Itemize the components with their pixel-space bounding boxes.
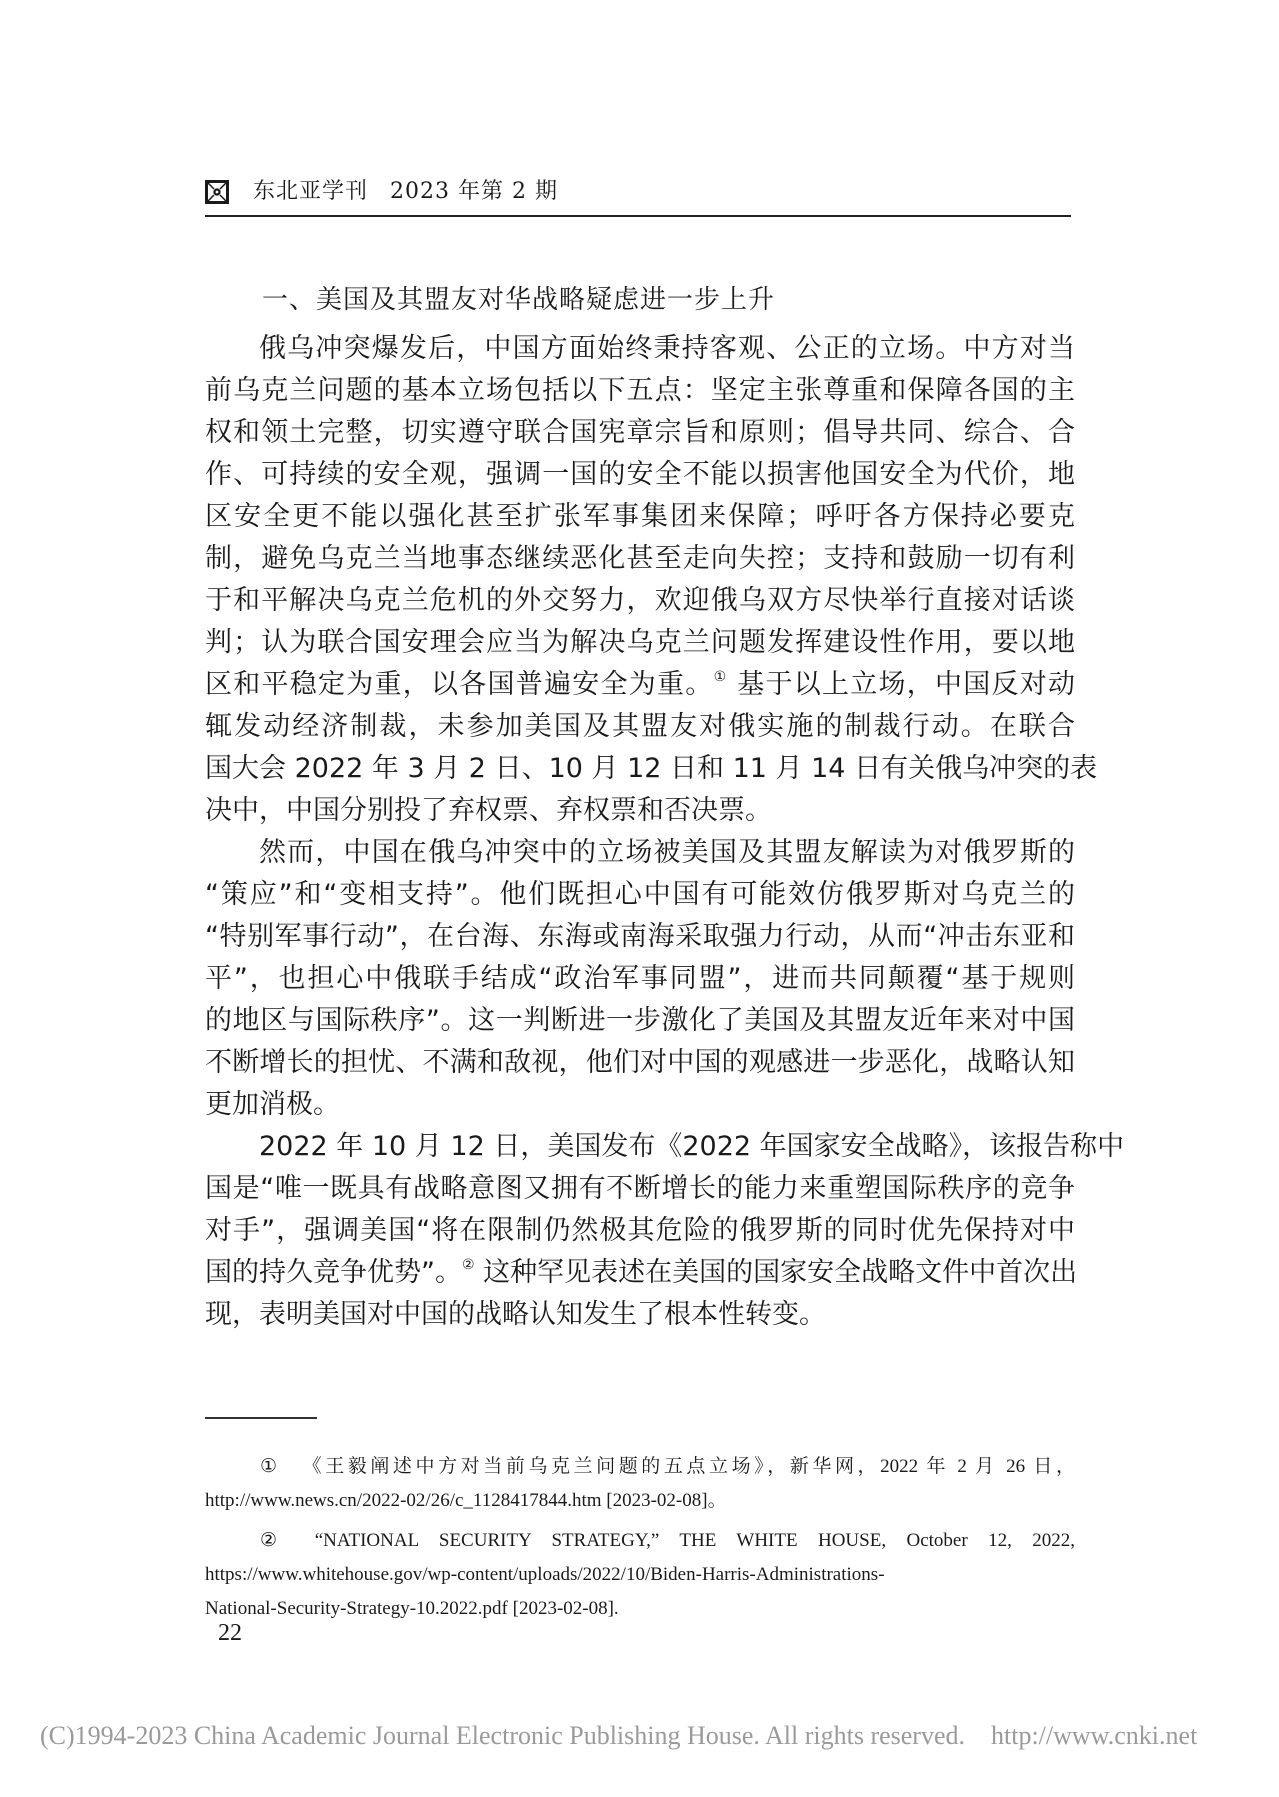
footnote-link[interactable]: National-Security-Strategy-10.2022.pdf [… [205,1592,1075,1626]
text-line: 决中，中国分别投了弃权票、弃权票和否决票。 [205,790,1075,832]
text-segment: 基于以上立场，中国反对动 [727,669,1075,700]
journal-page: 东北亚学刊2023 年第 2 期 一、美国及其盟友对华战略疑虑进一步上升 俄乌冲… [0,0,1279,1797]
text-line: 然而，中国在俄乌冲突中的立场被美国及其盟友解读为对俄罗斯的 [205,832,1075,874]
footnote-link[interactable]: http://www.news.cn/2022-02/26/c_11284178… [205,1484,1075,1518]
text-line: 于和平解决乌克兰危机的外交努力，欢迎俄乌双方尽快举行直接对话谈 [205,580,1075,622]
footnote-ref-2[interactable]: ② [462,1257,475,1273]
text-line: 2022 年 10 月 12 日，美国发布《2022 年国家安全战略》，该报告称… [205,1126,1075,1168]
text-line: 判；认为联合国安理会应当为解决乌克兰问题发挥建设性作用，要以地 [205,622,1075,664]
text-line: 辄发动经济制裁，未参加美国及其盟友对俄实施的制裁行动。在联合 [205,706,1075,748]
footnote-marker: ② [260,1530,293,1551]
journal-issue: 2023 年第 2 期 [390,179,558,204]
text-line: 前乌克兰问题的基本立场包括以下五点：坚定主张尊重和保障各国的主 [205,370,1075,412]
cnki-link[interactable]: http://www.cnki.net [991,1721,1197,1750]
journal-title: 东北亚学刊2023 年第 2 期 [253,176,558,208]
text-line: 区安全更不能以强化甚至扩张军事集团来保障；呼吁各方保持必要克 [205,496,1075,538]
text-line: 作、可持续的安全观，强调一国的安全不能以损害他国安全为代价，地 [205,454,1075,496]
text-line: 俄乌冲突爆发后，中国方面始终秉持客观、公正的立场。中方对当 [205,328,1075,370]
text-line: 不断增长的担忧、不满和敌视，他们对中国的观感进一步恶化，战略认知 [205,1042,1075,1084]
text-line: 现，表明美国对中国的战略认知发生了根本性转变。 [205,1294,1075,1336]
text-segment: 这种罕见表述在美国的国家安全战略文件中首次出 [475,1257,1078,1288]
body-text: 俄乌冲突爆发后，中国方面始终秉持客观、公正的立场。中方对当 前乌克兰问题的基本立… [205,328,1075,1336]
text-line: 权和领土完整，切实遵守联合国宪章宗旨和原则；倡导共同、综合、合 [205,412,1075,454]
text-line: 区和平稳定为重，以各国普遍安全为重。① 基于以上立场，中国反对动 [205,664,1075,706]
footnote-marker: ① [260,1456,281,1477]
copyright-watermark: (C)1994-2023 China Academic Journal Elec… [40,1718,1270,1754]
footnote-line: ②“NATIONAL SECURITY STRATEGY,” THE WHITE… [205,1524,1075,1558]
running-header: 东北亚学刊2023 年第 2 期 [205,176,1075,216]
journal-name: 东北亚学刊 [253,179,368,204]
footnote-divider [205,1417,317,1419]
text-line: 国大会 2022 年 3 月 2 日、10 月 12 日和 11 月 14 日有… [205,748,1075,790]
text-line: 国是“唯一既具有战略意图又拥有不断增长的能力来重塑国际秩序的竞争 [205,1168,1075,1210]
paragraph: 2022 年 10 月 12 日，美国发布《2022 年国家安全战略》，该报告称… [205,1126,1075,1336]
text-line: 国的持久竞争优势”。② 这种罕见表述在美国的国家安全战略文件中首次出 [205,1252,1075,1294]
text-line: 制，避免乌克兰当地事态继续恶化甚至走向失控；支持和鼓励一切有利 [205,538,1075,580]
footnote-link[interactable]: https://www.whitehouse.gov/wp-content/up… [205,1558,1075,1592]
footnote-2: ②“NATIONAL SECURITY STRATEGY,” THE WHITE… [205,1524,1075,1626]
section-heading: 一、美国及其盟友对华战略疑虑进一步上升 [262,280,775,320]
footnote-1: ①《王毅阐述中方对当前乌克兰问题的五点立场》，新华网，2022 年 2 月 26… [205,1450,1075,1518]
header-divider [205,215,1071,217]
text-segment: 国的持久竞争优势”。 [205,1257,462,1288]
journal-emblem-icon [205,180,229,204]
text-line: “策应”和“变相支持”。他们既担心中国有可能效仿俄罗斯对乌克兰的 [205,874,1075,916]
copyright-text: (C)1994-2023 China Academic Journal Elec… [40,1721,965,1750]
footnote-text: “NATIONAL SECURITY STRATEGY,” THE WHITE … [315,1530,1075,1551]
text-line: 对手”，强调美国“将在限制仍然极其危险的俄罗斯的同时优先保持对中 [205,1210,1075,1252]
text-line: 的地区与国际秩序”。这一判断进一步激化了美国及其盟友近年来对中国 [205,1000,1075,1042]
footnote-line: ①《王毅阐述中方对当前乌克兰问题的五点立场》，新华网，2022 年 2 月 26… [205,1450,1075,1484]
text-line: “特别军事行动”，在台海、东海或南海采取强力行动，从而“冲击东亚和 [205,916,1075,958]
footnote-ref-1[interactable]: ① [714,669,728,685]
footnotes: ①《王毅阐述中方对当前乌克兰问题的五点立场》，新华网，2022 年 2 月 26… [205,1450,1075,1626]
page-number: 22 [218,1618,242,1648]
text-line: 更加消极。 [205,1084,1075,1126]
paragraph: 然而，中国在俄乌冲突中的立场被美国及其盟友解读为对俄罗斯的 “策应”和“变相支持… [205,832,1075,1126]
text-segment: 区和平稳定为重，以各国普遍安全为重。 [205,669,714,700]
footnote-text: 《王毅阐述中方对当前乌克兰问题的五点立场》，新华网，2022 年 2 月 26 … [303,1456,1075,1477]
paragraph: 俄乌冲突爆发后，中国方面始终秉持客观、公正的立场。中方对当 前乌克兰问题的基本立… [205,328,1075,832]
text-line: 平”，也担心中俄联手结成“政治军事同盟”，进而共同颠覆“基于规则 [205,958,1075,1000]
